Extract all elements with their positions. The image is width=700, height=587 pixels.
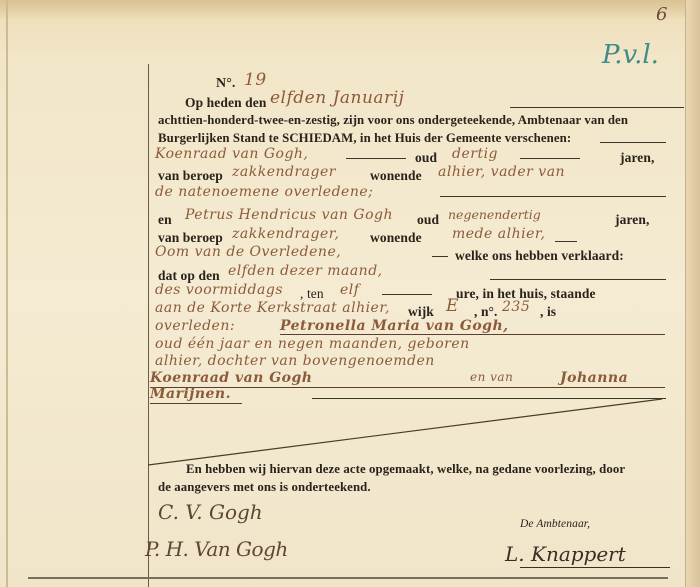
death-address: aan de Korte Kerkstraat alhier,: [155, 300, 390, 316]
death-hour: elf: [340, 282, 359, 298]
declarant2-relation: Oom van de Overledene,: [155, 244, 341, 260]
official-label: De Ambtenaar,: [520, 518, 590, 530]
declarant2-occupation: zakkendrager,: [232, 226, 339, 242]
official-signature-underline: [520, 567, 670, 568]
deceased-parentage: alhier, dochter van bovengenoemden: [155, 353, 435, 369]
official-signature: L. Knappert: [505, 542, 626, 566]
archive-stamp: P.v.l.: [602, 40, 659, 70]
fill-rule: [555, 241, 577, 242]
declarant2-residence: mede alhier,: [452, 226, 545, 242]
witness2-signature: P. H. Van Gogh: [145, 537, 288, 561]
house-number: 235: [502, 299, 530, 315]
death-time-of-day: des voormiddags: [155, 282, 283, 298]
closing-text-line1: En hebben wij hiervan deze acte opgemaak…: [186, 462, 625, 477]
text-wonende: wonende: [370, 168, 422, 184]
date-day-month: elfden Januarij: [270, 88, 404, 108]
record-number: 19: [244, 70, 267, 90]
ward-letter: E: [446, 296, 459, 316]
text-oud: oud: [415, 150, 437, 166]
declarant1-occupation: zakkendrager: [232, 164, 336, 180]
text-jaren: jaren,: [620, 150, 654, 166]
witness1-signature: C. V. Gogh: [158, 500, 263, 524]
fill-rule: [510, 107, 684, 108]
fill-rule: [346, 158, 406, 159]
father-name: Koenraad van Gogh: [150, 370, 313, 386]
page-number: 6: [656, 4, 667, 25]
text-van-beroep: van beroep: [158, 168, 223, 184]
cancel-stroke: [148, 395, 668, 470]
page-edge-right: [685, 0, 700, 587]
mother-name-first: Johanna: [560, 370, 628, 386]
deceased-age-birthplace: oud één jaar en negen maanden, geboren: [155, 336, 470, 352]
declarant2-age: negenendertig: [448, 207, 541, 222]
text-overleden: overleden:: [155, 318, 235, 334]
text-en: en: [158, 212, 172, 228]
fill-rule: [440, 196, 666, 197]
binding-edge: [6, 0, 8, 587]
declarant1-age: dertig: [452, 146, 498, 162]
text-op-heden: Op heden den: [185, 95, 266, 111]
bottom-rule: [28, 577, 668, 579]
declarant1-residence: alhier, vader van: [438, 164, 565, 180]
fill-rule: [490, 279, 666, 280]
margin-rule: [148, 64, 149, 587]
declarant1-relation: de natenoemene overledene;: [155, 184, 373, 200]
text-year: achttien-honderd-twee-en-zestig, zijn vo…: [158, 113, 628, 128]
declarant1-name: Koenraad van Gogh,: [155, 146, 308, 162]
fill-rule: [520, 158, 580, 159]
deceased-name: Petronella Maria van Gogh,: [280, 318, 509, 334]
text-en-van: en van: [470, 370, 513, 384]
closing-text-line2: de aangevers met ons is onderteekend.: [158, 480, 371, 495]
fill-rule: [432, 256, 448, 257]
declarant2-name: Petrus Hendricus van Gogh: [185, 207, 393, 223]
page-shadow: [0, 0, 700, 20]
fill-rule: [382, 294, 432, 295]
record-number-label: N°.: [216, 76, 236, 92]
text-burgerlijke-stand: Burgerlijken Stand te SCHIEDAM, in het H…: [158, 131, 571, 146]
text-wonende: wonende: [370, 230, 422, 246]
text-is: , is: [540, 304, 556, 320]
fill-rule: [600, 142, 666, 143]
deceased-underline: [280, 334, 665, 335]
death-date: elfden dezer maand,: [228, 263, 383, 279]
text-oud: oud: [417, 212, 439, 228]
text-jaren: jaren,: [615, 212, 649, 228]
text-welke-ons: welke ons hebben verklaard:: [455, 248, 624, 264]
